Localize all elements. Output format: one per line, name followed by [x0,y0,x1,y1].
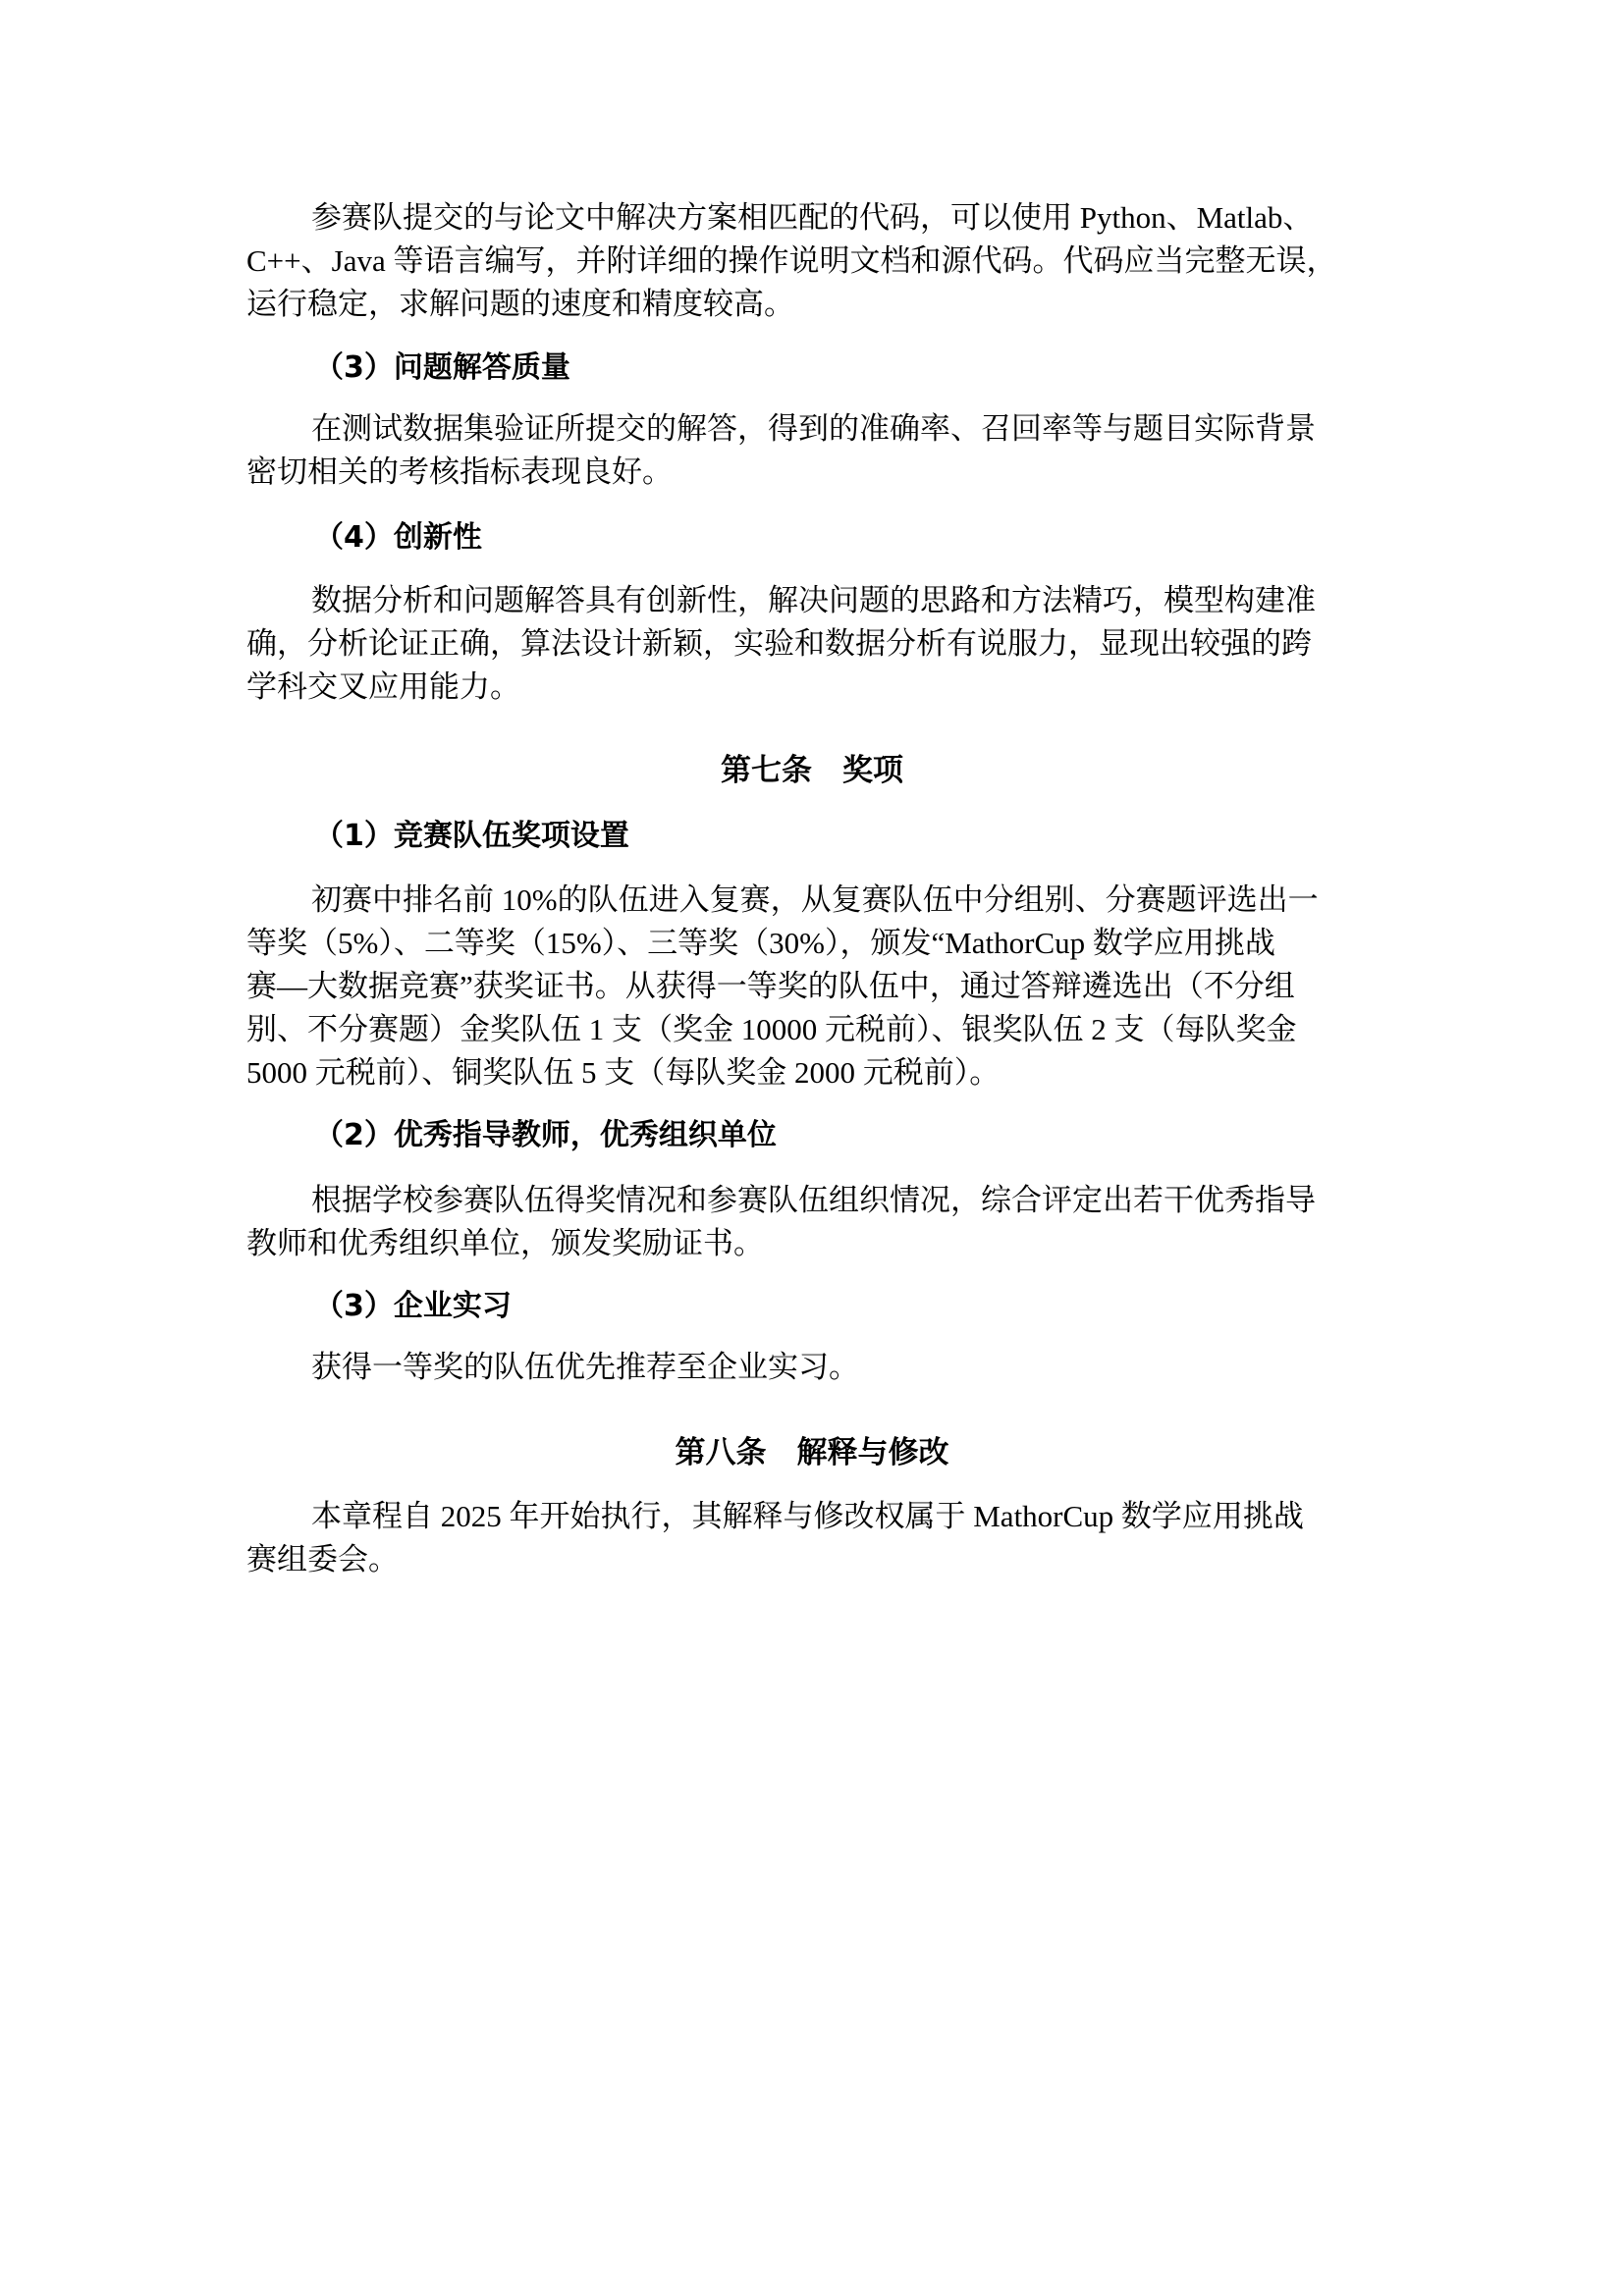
text-line: 参赛队提交的与论文中解决方案相匹配的代码，可以使用 Python、Matlab、 [246,196,1395,240]
text-line: 教师和优秀组织单位，颁发奖励证书。 [246,1222,1395,1265]
text-line: 在测试数据集验证所提交的解答，得到的准确率、召回率等与题目实际背景 [246,407,1395,451]
text-line: 赛—大数据竞赛”获奖证书。从获得一等奖的队伍中，通过答辩遴选出（不分组 [246,965,1395,1008]
text-line: 根据学校参赛队伍得奖情况和参赛队伍组织情况，综合评定出若干优秀指导 [246,1179,1395,1222]
paragraph-code-submission: 参赛队提交的与论文中解决方案相匹配的代码，可以使用 Python、Matlab、… [246,196,1395,326]
article-title-awards: 第七条 奖项 [0,749,1624,792]
text-line: 获得一等奖的队伍优先推荐至企业实习。 [246,1346,1395,1389]
paragraph-innovation: 数据分析和问题解答具有创新性，解决问题的思路和方法精巧，模型构建准 确，分析论证… [246,579,1395,709]
document-page: 参赛队提交的与论文中解决方案相匹配的代码，可以使用 Python、Matlab、… [0,0,1624,2296]
paragraph-answer-quality: 在测试数据集验证所提交的解答，得到的准确率、召回率等与题目实际背景 密切相关的考… [246,407,1395,494]
subheading-answer-quality: （3）问题解答质量 [314,347,570,390]
text-line: 学科交叉应用能力。 [246,666,1395,709]
paragraph-team-awards: 初赛中排名前 10%的队伍进入复赛，从复赛队伍中分组别、分赛题评选出一 等奖（5… [246,879,1395,1095]
subheading-team-awards: （1）竞赛队伍奖项设置 [314,815,629,858]
text-line: 本章程自 2025 年开始执行，其解释与修改权属于 MathorCup 数学应用… [246,1495,1395,1538]
text-line: 赛组委会。 [246,1538,1395,1581]
text-line: 确，分析论证正确，算法设计新颖，实验和数据分析有说服力，显现出较强的跨 [246,622,1395,666]
article-title-interpretation: 第八条 解释与修改 [0,1431,1624,1474]
paragraph-interpretation: 本章程自 2025 年开始执行，其解释与修改权属于 MathorCup 数学应用… [246,1495,1395,1581]
subheading-internship: （3）企业实习 [314,1285,512,1328]
paragraph-teachers-units: 根据学校参赛队伍得奖情况和参赛队伍组织情况，综合评定出若干优秀指导 教师和优秀组… [246,1179,1395,1265]
text-line: 别、不分赛题）金奖队伍 1 支（奖金 10000 元税前）、银奖队伍 2 支（每… [246,1008,1395,1051]
text-line: 初赛中排名前 10%的队伍进入复赛，从复赛队伍中分组别、分赛题评选出一 [246,879,1395,922]
text-line: 5000 元税前）、铜奖队伍 5 支（每队奖金 2000 元税前）。 [246,1051,1395,1095]
subheading-teachers-units: （2）优秀指导教师，优秀组织单位 [314,1114,777,1157]
text-line: 等奖（5%）、二等奖（15%）、三等奖（30%），颁发“MathorCup 数学… [246,922,1395,965]
text-line: 数据分析和问题解答具有创新性，解决问题的思路和方法精巧，模型构建准 [246,579,1395,622]
paragraph-internship: 获得一等奖的队伍优先推荐至企业实习。 [246,1346,1395,1389]
text-line: 运行稳定，求解问题的速度和精度较高。 [246,283,1395,326]
text-line: 密切相关的考核指标表现良好。 [246,451,1395,494]
subheading-innovation: （4）创新性 [314,516,482,560]
text-line: C++、Java 等语言编写，并附详细的操作说明文档和源代码。代码应当完整无误， [246,240,1395,283]
